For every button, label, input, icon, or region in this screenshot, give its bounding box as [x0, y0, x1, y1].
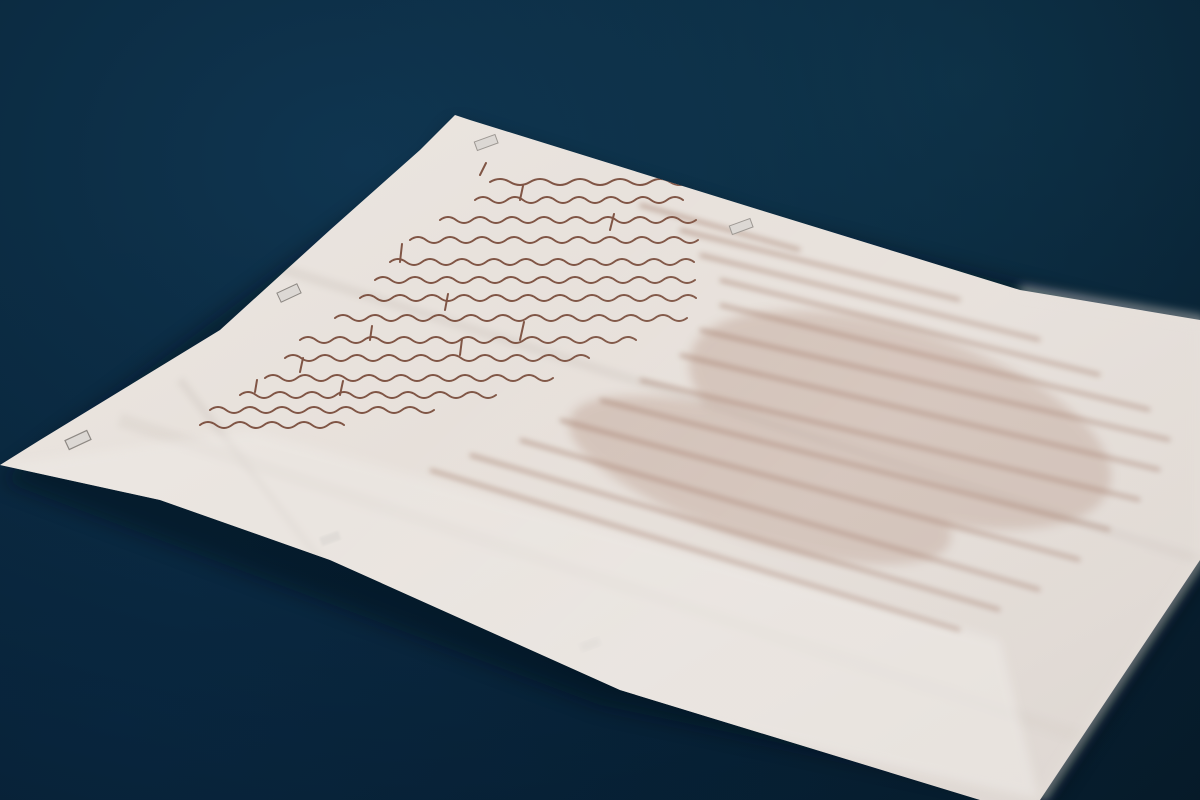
parchment-illustration — [0, 0, 1200, 800]
photo-scene: Medieval handwritten parchment charter — [0, 0, 1200, 800]
